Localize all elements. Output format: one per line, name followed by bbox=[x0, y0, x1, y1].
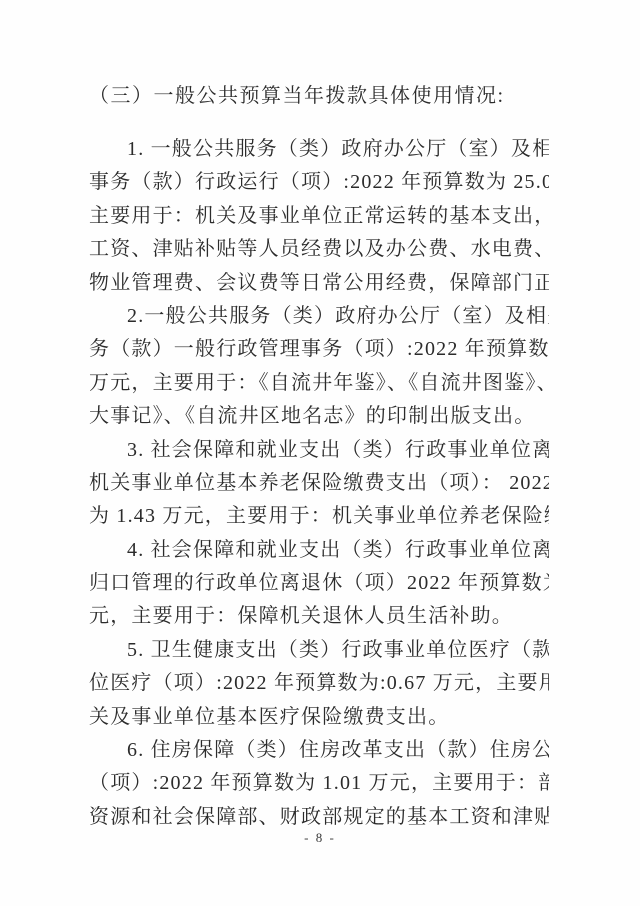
text-line: （项）:2022 年预算数为 1.01 万元，主要用于：部门按人力 bbox=[89, 767, 549, 800]
text-line: 6. 住房保障（类）住房改革支出（款）住房公积金 bbox=[89, 734, 549, 767]
text-line: 机关事业单位基本养老保险缴费支出（项）： 2022 年预算数 bbox=[89, 467, 549, 500]
paragraph-1: 1. 一般公共服务（类）政府办公厅（室）及相关机构 事务（款）行政运行（项）:2… bbox=[89, 133, 549, 300]
text-line: 归口管理的行政单位离退休（项）2022 年预算数为 0.65 万 bbox=[89, 567, 549, 600]
text-line: 4. 社会保障和就业支出（类）行政事业单位离退休（款） bbox=[89, 534, 549, 567]
text-line: 1. 一般公共服务（类）政府办公厅（室）及相关机构 bbox=[89, 133, 549, 166]
text-line: 工资、津贴补贴等人员经费以及办公费、水电费、邮电费、 bbox=[89, 233, 549, 266]
paragraph-5: 5. 卫生健康支出（类）行政事业单位医疗（款）行政单 位医疗（项）:2022 年… bbox=[89, 634, 549, 734]
text-line: 5. 卫生健康支出（类）行政事业单位医疗（款）行政单 bbox=[89, 634, 549, 667]
paragraph-2: 2.一般公共服务（类）政府办公厅（室）及相关机构事 务（款）一般行政管理事务（项… bbox=[89, 300, 549, 434]
text-line: 为 1.43 万元，主要用于：机关事业单位养老保险缴费支出。 bbox=[89, 500, 549, 533]
document-page: （三）一般公共预算当年拨款具体使用情况: 1. 一般公共服务（类）政府办公厅（室… bbox=[0, 0, 640, 906]
document-body: （三）一般公共预算当年拨款具体使用情况: 1. 一般公共服务（类）政府办公厅（室… bbox=[89, 83, 549, 834]
text-line: 大事记》、《自流井区地名志》的印制出版支出。 bbox=[89, 400, 549, 433]
section-heading: （三）一般公共预算当年拨款具体使用情况: bbox=[89, 83, 549, 109]
text-line: 元，主要用于：保障机关退休人员生活补助。 bbox=[89, 600, 549, 633]
text-line: 万元，主要用于：《自流井年鉴》、《自流井图鉴》、《自流井 bbox=[89, 367, 549, 400]
text-line: 务（款）一般行政管理事务（项）:2022 年预算数为 18.75 bbox=[89, 333, 549, 366]
paragraph-4: 4. 社会保障和就业支出（类）行政事业单位离退休（款） 归口管理的行政单位离退休… bbox=[89, 534, 549, 634]
text-line: 物业管理费、会议费等日常公用经费，保障部门正常运转。 bbox=[89, 267, 549, 300]
paragraph-3: 3. 社会保障和就业支出（类）行政事业单位离退休（款） 机关事业单位基本养老保险… bbox=[89, 434, 549, 534]
text-line: 关及事业单位基本医疗保险缴费支出。 bbox=[89, 701, 549, 734]
text-line: 2.一般公共服务（类）政府办公厅（室）及相关机构事 bbox=[89, 300, 549, 333]
text-line: 事务（款）行政运行（项）:2022 年预算数为 25.06 万元， bbox=[89, 166, 549, 199]
text-line: 位医疗（项）:2022 年预算数为:0.67 万元，主要用于：机 bbox=[89, 667, 549, 700]
text-line: 3. 社会保障和就业支出（类）行政事业单位离退休（款） bbox=[89, 434, 549, 467]
paragraph-6: 6. 住房保障（类）住房改革支出（款）住房公积金 （项）:2022 年预算数为 … bbox=[89, 734, 549, 834]
page-number: - 8 - bbox=[0, 830, 640, 846]
text-line: 主要用于：机关及事业单位正常运转的基本支出，包括基本 bbox=[89, 200, 549, 233]
